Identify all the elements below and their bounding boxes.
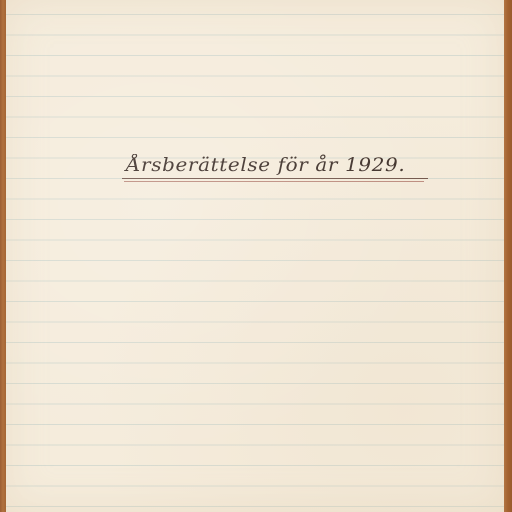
ruled-paper-page: Årsberättelse för år 1929. bbox=[6, 0, 504, 512]
title-underline-secondary bbox=[124, 181, 424, 182]
handwritten-title: Årsberättelse för år 1929. bbox=[126, 154, 405, 176]
cork-board-right-edge bbox=[504, 0, 512, 512]
title-underline bbox=[122, 178, 428, 179]
handwritten-title-block: Årsberättelse för år 1929. bbox=[122, 152, 432, 186]
